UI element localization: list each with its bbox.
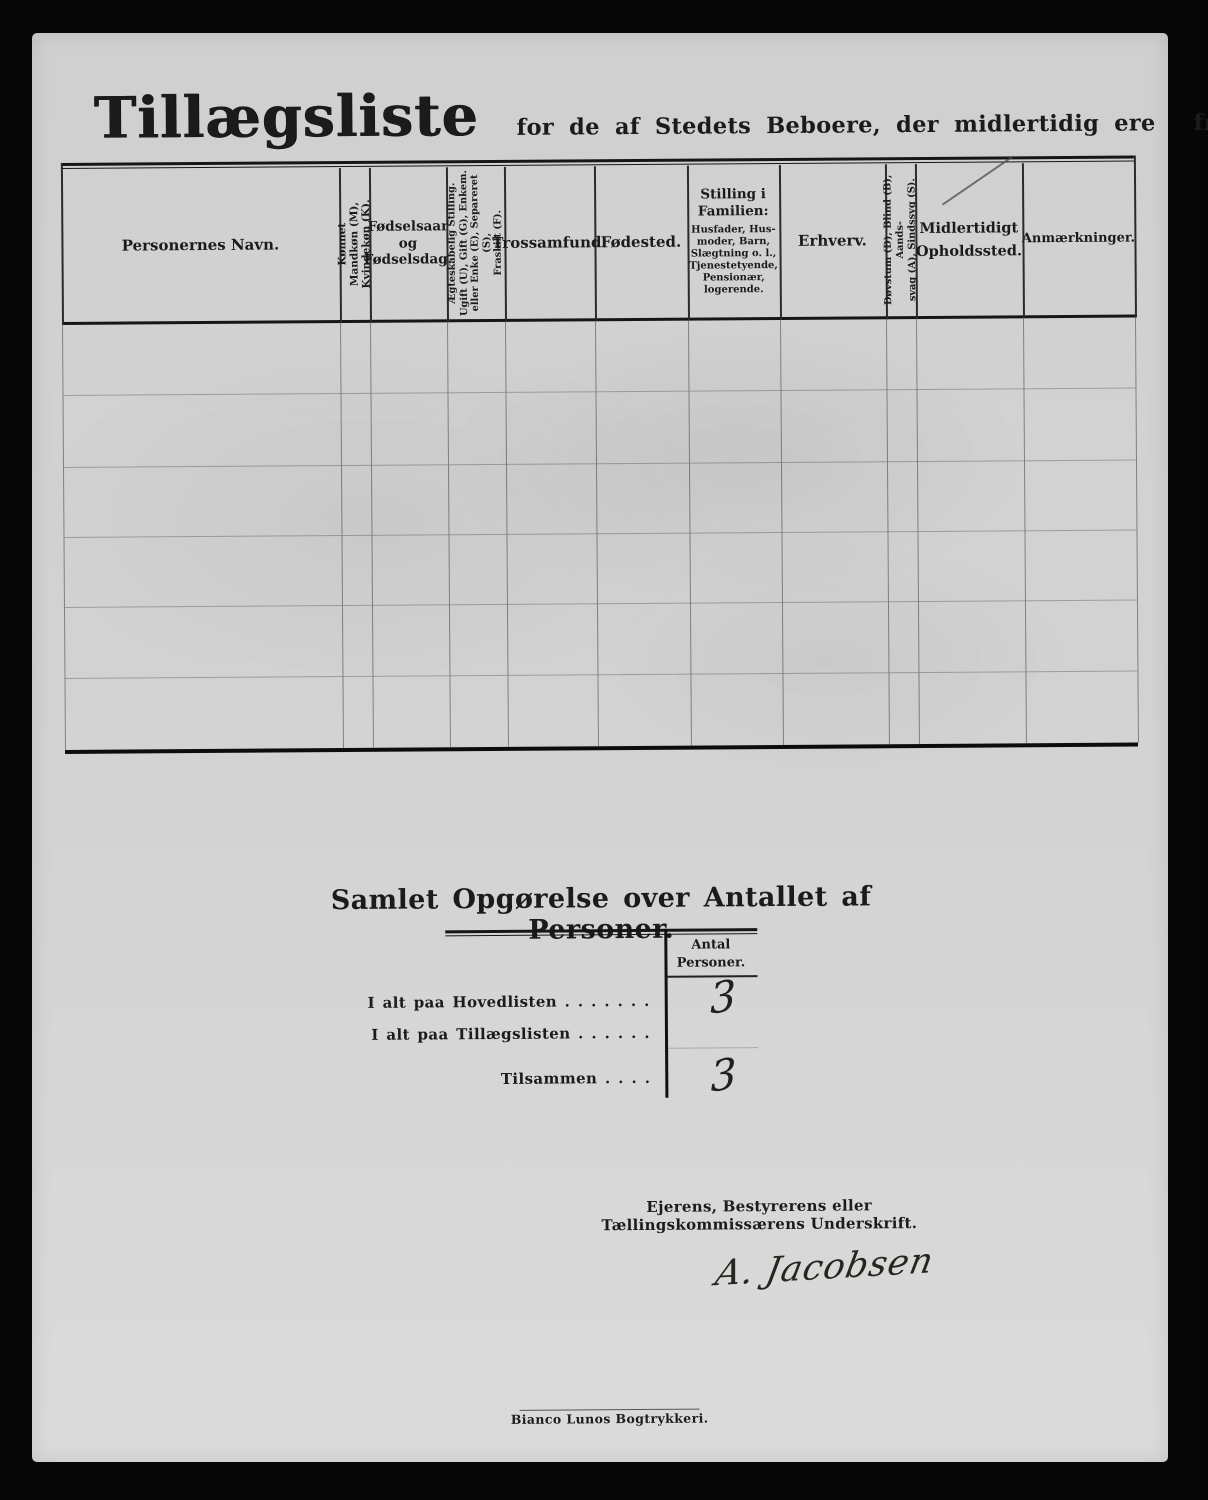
- row-divider: [63, 530, 1136, 538]
- handwritten-count-tilsammen: 3: [677, 1054, 769, 1097]
- column-header-label: Trossamfund.: [492, 233, 607, 253]
- column-header-stilling-i-familien: Stilling i Familien: Husfader, Hus- mode…: [687, 165, 780, 318]
- summary-row-label-tillaegslisten: I alt paa Tillægslisten . . . . . .: [320, 1024, 650, 1044]
- summary-row-label-hovedlisten: I alt paa Hovedlisten . . . . . . .: [320, 992, 650, 1012]
- summary-mid-rule: [668, 1047, 758, 1049]
- column-divider: [1135, 318, 1139, 743]
- column-header-label: Anmærkninger.: [1022, 230, 1135, 247]
- column-header-label: Fødselsaar og Fødselsdag.: [364, 218, 453, 269]
- printed-content: Tillægsliste for de af Stedets Beboere, …: [30, 25, 1176, 1462]
- scanned-page: Tillægsliste for de af Stedets Beboere, …: [32, 33, 1168, 1462]
- signature-label: Ejerens, Bestyrerens eller Tællingskommi…: [559, 1196, 959, 1235]
- page-title: Tillægsliste for de af Stedets Beboere, …: [93, 76, 1208, 152]
- column-header-label: Erhverv.: [798, 231, 867, 250]
- table-bottom-rule: [65, 742, 1138, 753]
- page-title-subtitle: for de af Stedets Beboere, der midlertid…: [516, 110, 1155, 140]
- column-header-label: Midlertidigt Opholdssted.: [916, 216, 1022, 263]
- column-header-label: Fødested.: [601, 232, 682, 251]
- column-header-foedested: Fødested.: [594, 166, 688, 319]
- column-header-erhverv: Erhverv.: [779, 164, 886, 317]
- printer-imprint: Bianco Lunos Bogtrykkeri.: [495, 1410, 725, 1427]
- handwritten-count-hovedlisten: 3: [677, 976, 769, 1019]
- column-header-trossamfund: Trossamfund.: [504, 166, 595, 319]
- page-title-main: Tillægsliste: [93, 82, 478, 152]
- column-header-personernes-navn: Personernes Navn.: [61, 168, 340, 322]
- column-header-label: Stilling i Familien:: [698, 186, 769, 220]
- scan-background: { "header": { "title": "Tillægsliste", "…: [0, 0, 1208, 1500]
- row-divider: [63, 388, 1136, 396]
- column-header-midlertidigt-opholdssted: Midlertidigt Opholdssted.: [915, 163, 1023, 316]
- column-header-foedselsaar: Fødselsaar og Fødselsdag.: [369, 167, 447, 320]
- handwritten-value: 3: [710, 1052, 737, 1099]
- handwritten-value: 3: [709, 974, 736, 1021]
- signature-handwriting: A. Jacobsen: [711, 1241, 938, 1295]
- page-title-subtitle-emphasis: fraværende.: [1194, 109, 1208, 136]
- summary-column-header: Antal Personer.: [664, 936, 757, 972]
- column-header-doevstum: Døvstum (D), Blind (B), Aands- svag (A),…: [885, 164, 916, 316]
- summary-row-label-tilsammen: Tilsammen . . . .: [320, 1069, 650, 1089]
- column-header-label: Personernes Navn.: [122, 235, 280, 255]
- summary-heading: Samlet Opgørelse over Antallet af Person…: [276, 881, 926, 948]
- column-header-anmaerkninger: Anmærkninger.: [1022, 163, 1135, 316]
- row-divider: [63, 460, 1136, 468]
- row-divider: [64, 671, 1137, 679]
- column-header-sublabel: Husfader, Hus- moder, Barn, Slægtning o.…: [689, 224, 778, 297]
- row-divider: [64, 600, 1137, 608]
- column-header-label: Døvstum (D), Blind (B), Aands- svag (A),…: [882, 166, 918, 314]
